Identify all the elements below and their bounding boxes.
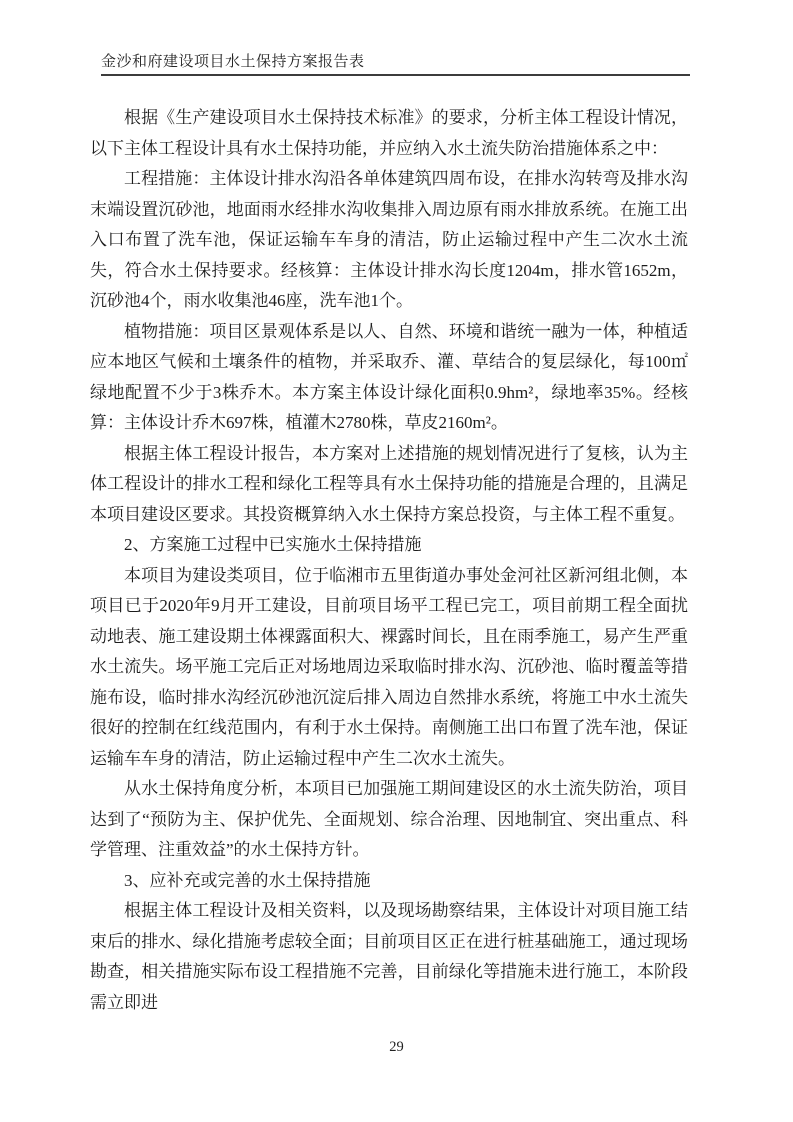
- paragraph-7: 3、应补充或完善的水土保持措施: [90, 866, 688, 897]
- page-footer: 29: [0, 1038, 793, 1056]
- document-page: 金沙和府建设项目水土保持方案报告表 根据《生产建设项目水土保持技术标准》的要求，…: [0, 0, 793, 1122]
- paragraph-2: 植物措施：项目区景观体系是以人、自然、环境和谐统一融为一体，种植适应本地区气候和…: [90, 317, 688, 439]
- paragraph-5: 本项目为建设类项目，位于临湘市五里街道办事处金河社区新河组北侧，本项目已于202…: [90, 561, 688, 775]
- paragraph-0: 根据《生产建设项目水土保持技术标准》的要求，分析主体工程设计情况，以下主体工程设…: [90, 103, 688, 164]
- paragraph-3: 根据主体工程设计报告，本方案对上述措施的规划情况进行了复核，认为主体工程设计的排…: [90, 439, 688, 531]
- page-number: 29: [389, 1039, 404, 1055]
- document-body: 根据《生产建设项目水土保持技术标准》的要求，分析主体工程设计情况，以下主体工程设…: [90, 103, 688, 1018]
- header-title: 金沙和府建设项目水土保持方案报告表: [101, 54, 690, 70]
- paragraph-6: 从水土保持角度分析，本项目已加强施工期间建设区的水土流失防治，项目达到了“预防为…: [90, 774, 688, 866]
- paragraph-4: 2、方案施工过程中已实施水土保持措施: [90, 530, 688, 561]
- paragraph-8: 根据主体工程设计及相关资料，以及现场勘察结果，主体设计对项目施工结束后的排水、绿…: [90, 896, 688, 1018]
- paragraph-1: 工程措施：主体设计排水沟沿各单体建筑四周布设，在排水沟转弯及排水沟末端设置沉砂池…: [90, 164, 688, 317]
- page-header: 金沙和府建设项目水土保持方案报告表: [101, 54, 690, 76]
